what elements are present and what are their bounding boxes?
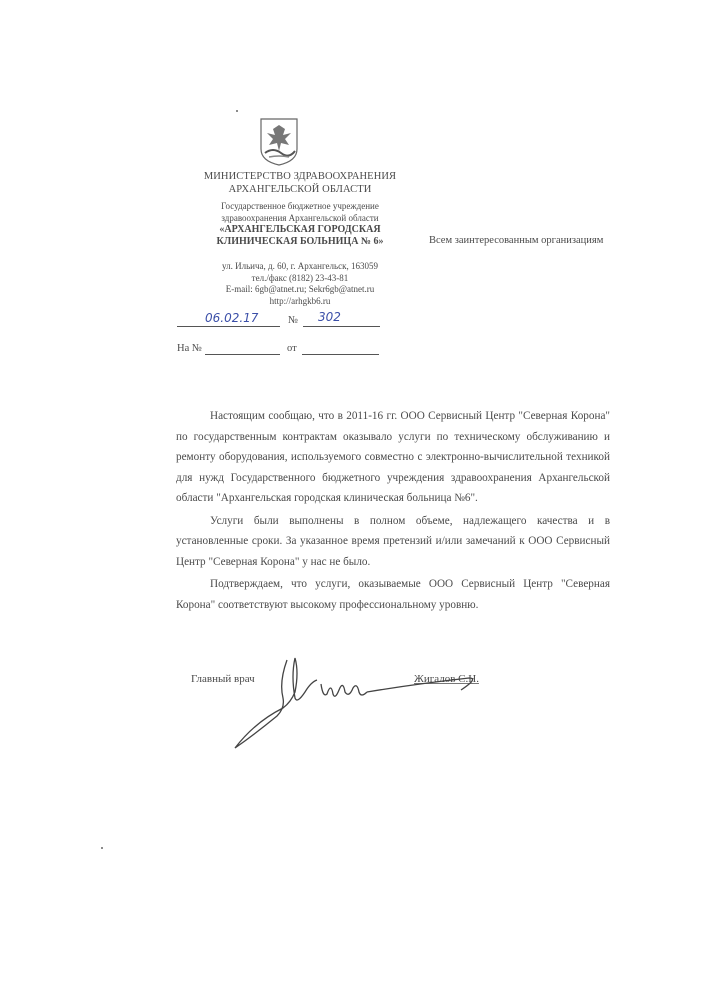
scan-speck <box>236 110 238 112</box>
ministry-line-2: АРХАНГЕЛЬСКОЙ ОБЛАСТИ <box>185 183 415 196</box>
ministry-line-1: МИНИСТЕРСТВО ЗДРАВООХРАНЕНИЯ <box>185 170 415 183</box>
institution-name-line-1: «АРХАНГЕЛЬСКАЯ ГОРОДСКАЯ <box>185 224 415 236</box>
letter-body: Настоящим сообщаю, что в 2011-16 гг. ООО… <box>176 406 610 615</box>
phone: тел./факс (8182) 23-43-81 <box>185 273 415 285</box>
from-label: от <box>287 343 297 354</box>
paragraph-3: Подтверждаем, что услуги, оказываемые ОО… <box>176 574 610 615</box>
contacts-block: ул. Ильича, д. 60, г. Архангельск, 16305… <box>185 261 415 307</box>
institution-line-1: Государственное бюджетное учреждение <box>185 201 415 213</box>
institution-block: Государственное бюджетное учреждение здр… <box>185 201 415 248</box>
ministry-name: МИНИСТЕРСТВО ЗДРАВООХРАНЕНИЯ АРХАНГЕЛЬСК… <box>185 170 415 196</box>
email: E-mail: 6gb@atnet.ru; Sekr6gb@atnet.ru <box>185 284 415 296</box>
number-label: № <box>288 315 298 326</box>
reply-label: На № <box>177 343 202 354</box>
paragraph-1: Настоящим сообщаю, что в 2011-16 гг. ООО… <box>176 406 610 509</box>
handwritten-signature-icon <box>225 652 495 752</box>
handwritten-number: 302 <box>318 310 341 324</box>
handwritten-date: 06.02.17 <box>205 311 258 325</box>
institution-name-line-2: КЛИНИЧЕСКАЯ БОЛЬНИЦА № 6» <box>185 236 415 248</box>
institution-line-2: здравоохранения Архангельской области <box>185 213 415 225</box>
reply-date-line <box>302 354 379 355</box>
address: ул. Ильича, д. 60, г. Архангельск, 16305… <box>185 261 415 273</box>
date-line <box>177 326 280 327</box>
number-line <box>303 326 380 327</box>
website: http://arhgkb6.ru <box>185 296 415 308</box>
coat-of-arms-icon <box>259 117 299 167</box>
reply-number-line <box>205 354 280 355</box>
paragraph-2: Услуги были выполнены в полном объеме, н… <box>176 511 610 573</box>
addressee: Всем заинтересованным организациям <box>429 235 603 246</box>
scan-speck <box>101 847 103 849</box>
